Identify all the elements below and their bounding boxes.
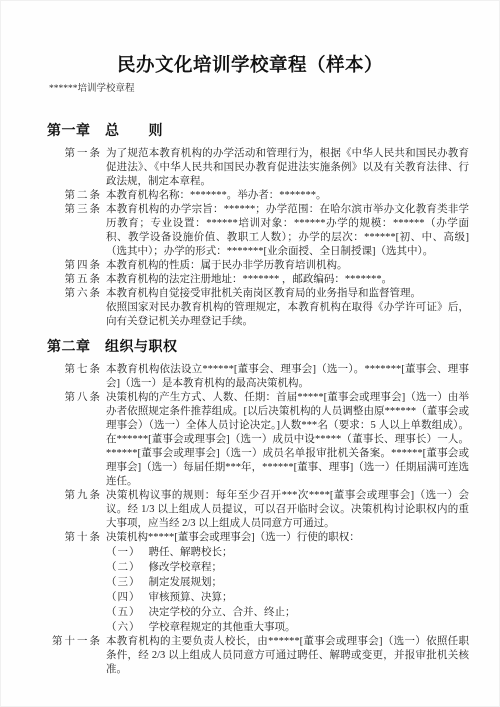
list-item-text: 制定发展规划； bbox=[149, 575, 470, 590]
list-item: （六） 学校章程规定的其他重大事项。 bbox=[46, 620, 469, 635]
article-body: 本教育机构的办学宗旨：******；办学范围：在哈尔滨市举办文化教育类非学历教育… bbox=[106, 203, 469, 259]
page-title: 民办文化培训学校章程（样本） bbox=[1, 55, 499, 78]
article-body: 决策机构议事的规则：每年至少召开***次****[董事会或理事会]（选一）会议。… bbox=[106, 489, 469, 531]
list-item-text: 决定学校的分立、合并、终止； bbox=[149, 605, 470, 620]
article-paragraph: 依照国家对民办教育机构的管理规定，本教育机构在取得《办学许可证》后，向有关登记机… bbox=[106, 301, 469, 329]
article-body: 决策机构的产生方式、人数、任期：首届*****[董事会或理事会]（选一）由举办者… bbox=[106, 391, 469, 489]
article-body: 本教育机构自觉接受审批机关南岗区教育局的业务指导和监督管理。 依照国家对民办教育… bbox=[106, 287, 469, 329]
article-label: 第十一条 bbox=[46, 635, 102, 649]
article-10-items: （一） 聘任、解聘校长； （二） 修改学校章程； （三） 制定发展规划； （四）… bbox=[46, 545, 469, 635]
article-row-7: 第七条 本教育机构依法设立******[董事会、理事会]（选一）。*******… bbox=[46, 363, 469, 391]
list-item: （五） 决定学校的分立、合并、终止； bbox=[46, 605, 469, 620]
article-body: 决策机构*****[董事会或理事会]（选一）行使的职权： bbox=[106, 531, 469, 545]
article-label: 第六条 bbox=[46, 287, 102, 301]
article-row-5: 第五条 本教育机构的法定注册地址：******* ，邮政编码：*******。 bbox=[46, 273, 469, 287]
list-item: （一） 聘任、解聘校长； bbox=[46, 545, 469, 560]
article-body: 本教育机构的法定注册地址：******* ，邮政编码：*******。 bbox=[106, 273, 469, 287]
list-item-number: （五） bbox=[106, 605, 141, 620]
article-label: 第七条 bbox=[46, 363, 102, 377]
article-label: 第八条 bbox=[46, 391, 102, 405]
article-row-10: 第十条 决策机构*****[董事会或理事会]（选一）行使的职权： bbox=[46, 531, 469, 545]
article-label: 第十条 bbox=[46, 531, 102, 545]
list-item-number: （四） bbox=[106, 590, 141, 605]
chapter-heading-1: 第一章 总 则 bbox=[47, 123, 469, 140]
article-label: 第五条 bbox=[46, 273, 102, 287]
article-label: 第二条 bbox=[46, 189, 102, 203]
article-body: 本教育机构依法设立******[董事会、理事会]（选一）。*******[董事会… bbox=[106, 363, 469, 391]
article-row-4: 第四条 本教育机构的性质：属于民办非学历教育培训机构。 bbox=[46, 259, 469, 273]
article-body: 为了规范本教育机构的办学活动和管理行为，根据《中华人民共和国民办教育促进法》、《… bbox=[106, 147, 469, 189]
article-row-1: 第一条 为了规范本教育机构的办学活动和管理行为，根据《中华人民共和国民办教育促进… bbox=[46, 147, 469, 189]
article-label: 第三条 bbox=[46, 203, 102, 217]
article-label: 第一条 bbox=[46, 147, 102, 161]
page-subtitle: ******培训学校章程 bbox=[49, 83, 469, 96]
document-page: 民办文化培训学校章程（样本） ******培训学校章程 第一章 总 则 第一条 … bbox=[0, 0, 500, 707]
article-label: 第四条 bbox=[46, 259, 102, 273]
list-item-text: 修改学校章程； bbox=[149, 560, 470, 575]
article-row-6: 第六条 本教育机构自觉接受审批机关南岗区教育局的业务指导和监督管理。 依照国家对… bbox=[46, 287, 469, 329]
article-row-9: 第九条 决策机构议事的规则：每年至少召开***次****[董事会或理事会]（选一… bbox=[46, 489, 469, 531]
article-row-2: 第二条 本教育机构名称：*******。举办者：*******。 bbox=[46, 189, 469, 203]
article-row-3: 第三条 本教育机构的办学宗旨：******；办学范围：在哈尔滨市举办文化教育类非… bbox=[46, 203, 469, 259]
article-body: 本教育机构的主要负责人校长，由******[董事会或理事会]（选一）依照任职条件… bbox=[106, 635, 469, 677]
chapter-heading-2: 第二章 组织与职权 bbox=[47, 339, 469, 356]
list-item-number: （一） bbox=[106, 545, 141, 560]
list-item-text: 学校章程规定的其他重大事项。 bbox=[149, 620, 470, 635]
article-row-11: 第十一条 本教育机构的主要负责人校长，由******[董事会或理事会]（选一）依… bbox=[46, 635, 469, 677]
list-item: （四） 审核预算、决算； bbox=[46, 590, 469, 605]
list-item-number: （三） bbox=[106, 575, 141, 590]
list-item-number: （六） bbox=[106, 620, 141, 635]
article-body: 本教育机构名称：*******。举办者：*******。 bbox=[106, 189, 469, 203]
list-item-number: （二） bbox=[106, 560, 141, 575]
article-label: 第九条 bbox=[46, 489, 102, 503]
article-body: 本教育机构的性质：属于民办非学历教育培训机构。 bbox=[106, 259, 469, 273]
list-item: （三） 制定发展规划； bbox=[46, 575, 469, 590]
list-item-text: 审核预算、决算； bbox=[149, 590, 470, 605]
article-paragraph: 本教育机构自觉接受审批机关南岗区教育局的业务指导和监督管理。 bbox=[106, 287, 469, 301]
list-item: （二） 修改学校章程； bbox=[46, 560, 469, 575]
list-item-text: 聘任、解聘校长； bbox=[149, 545, 470, 560]
article-row-8: 第八条 决策机构的产生方式、人数、任期：首届*****[董事会或理事会]（选一）… bbox=[46, 391, 469, 489]
